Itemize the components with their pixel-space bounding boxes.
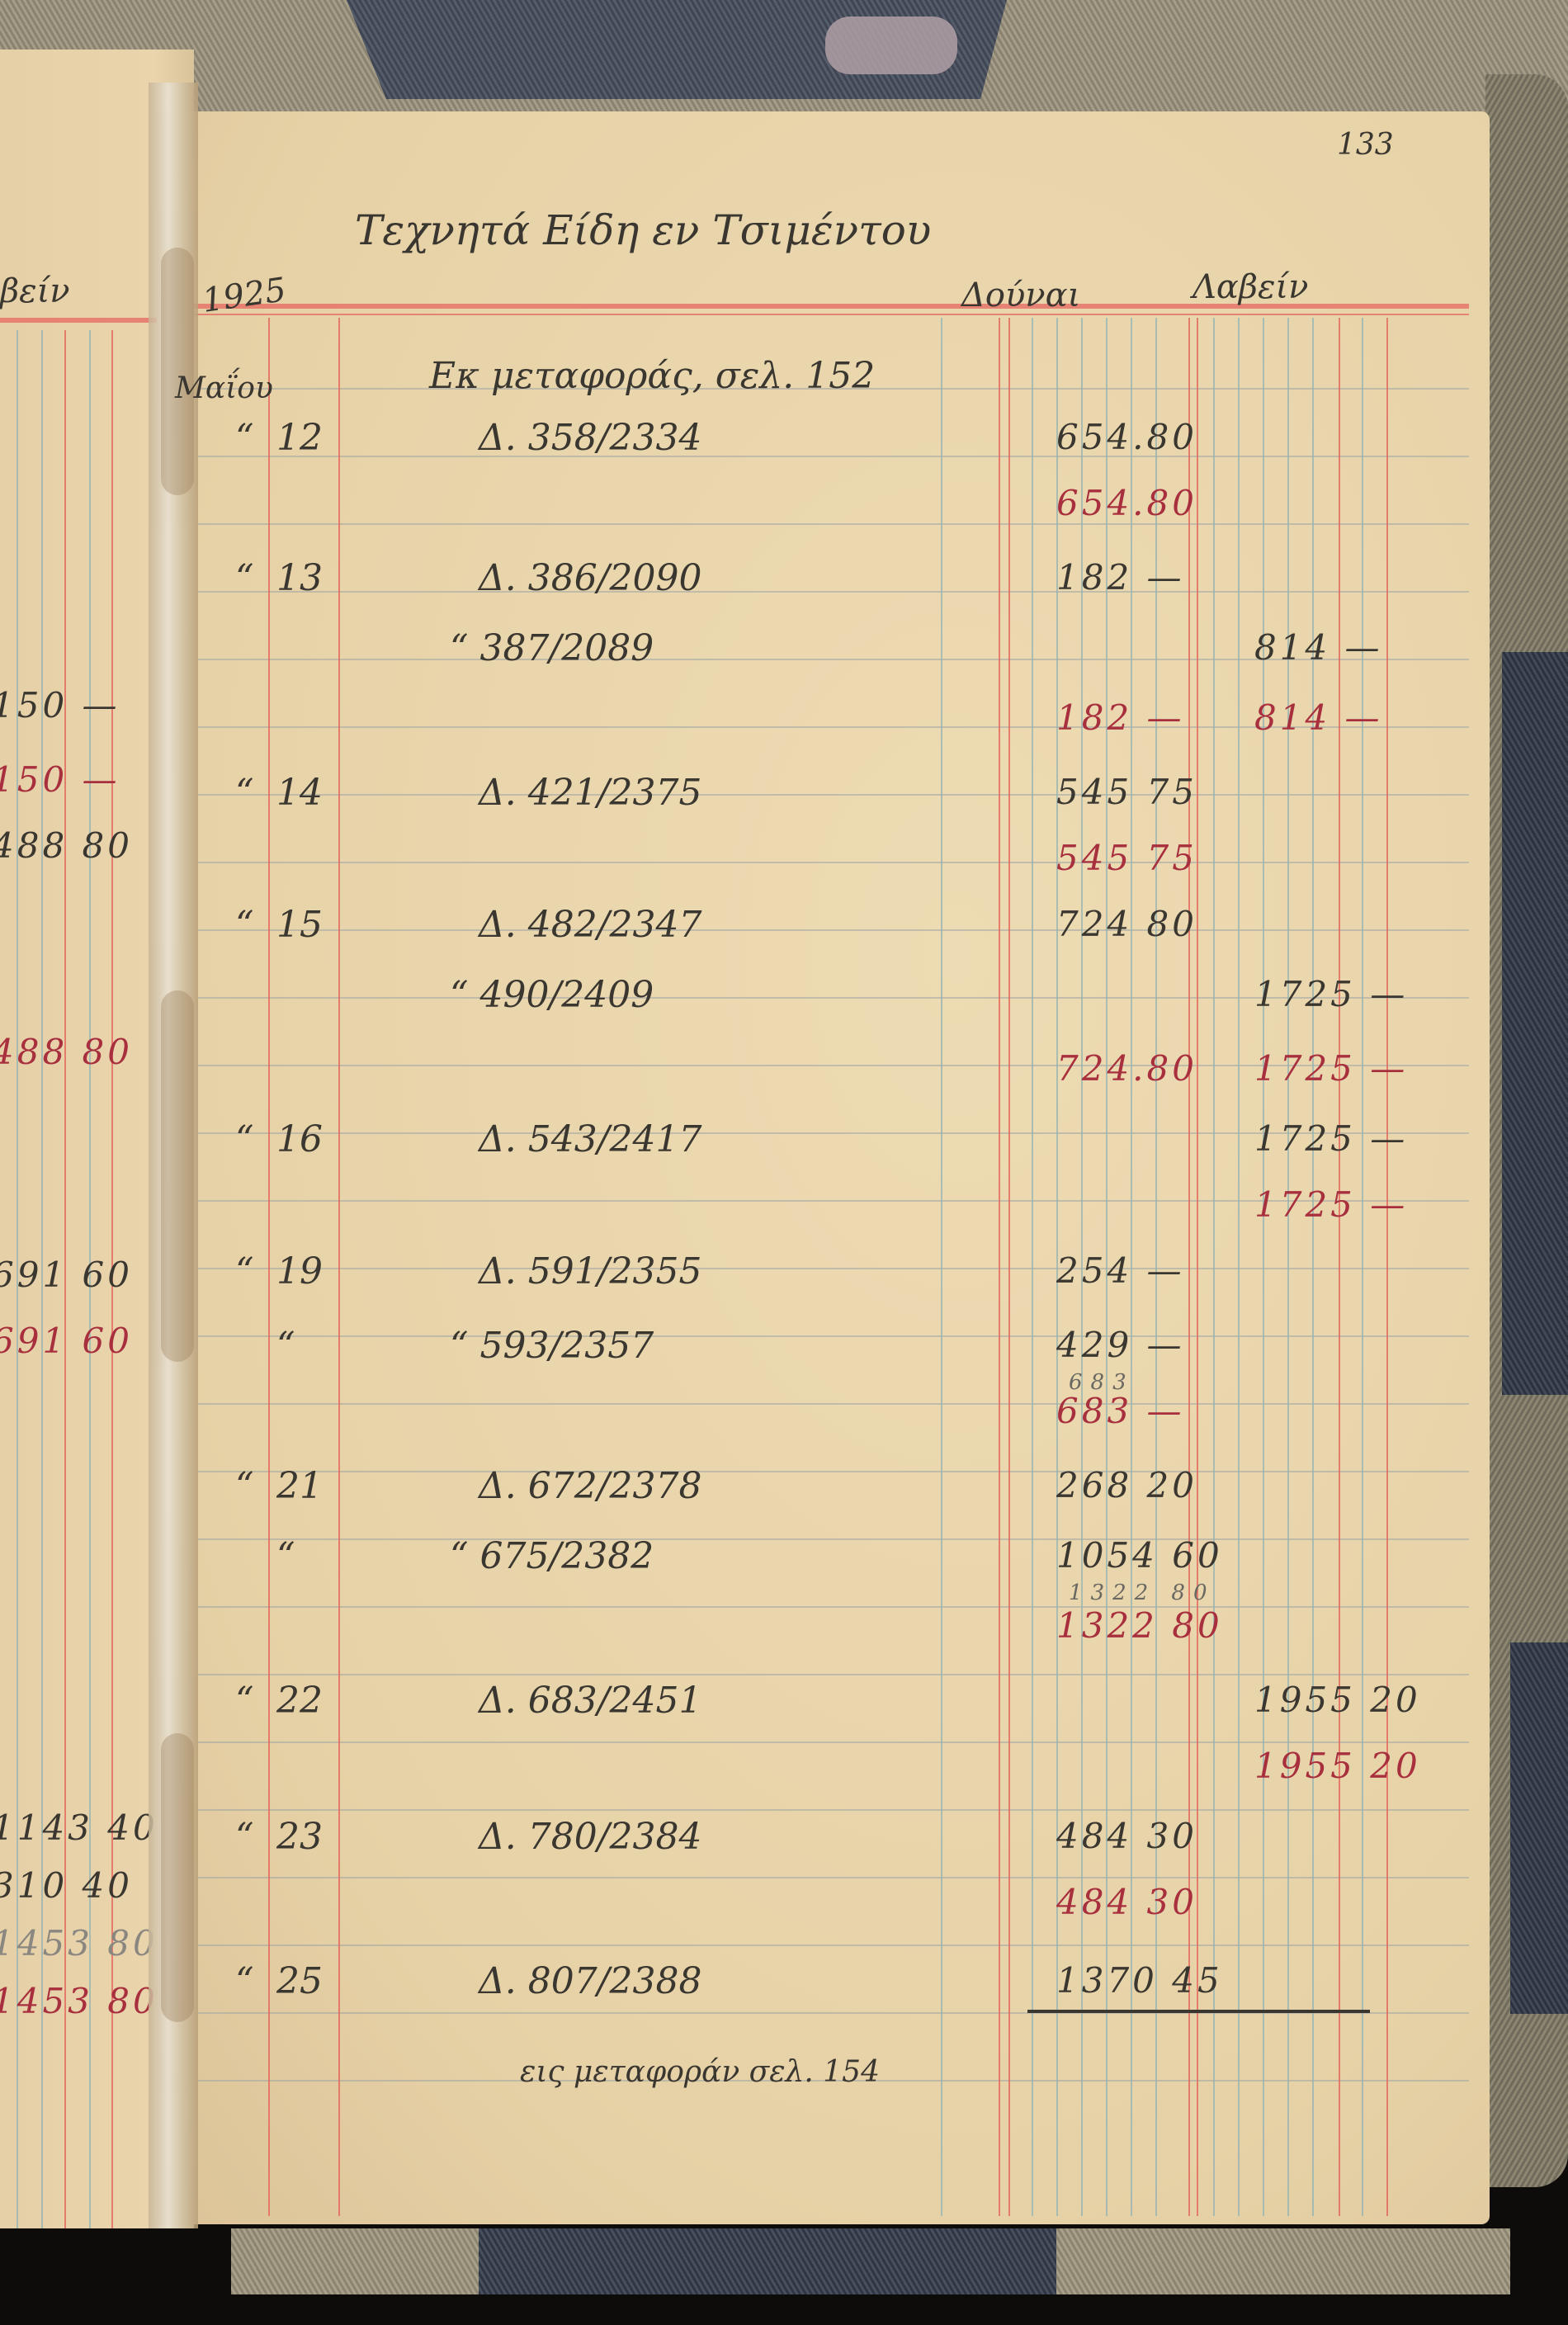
carried-forward-label: Εκ μεταφοράς, σελ. 152	[429, 355, 875, 397]
entry-description: Δ. 807/2388	[479, 1960, 702, 2002]
left-header-fragment: βείν	[0, 272, 70, 310]
month-label: Μαΐου	[175, 371, 273, 405]
debit-amount: 1322 80	[1056, 1605, 1223, 1646]
entry-day: 19	[276, 1250, 323, 1292]
debit-amount: 182 —	[1056, 557, 1185, 598]
debit-amount: 182 —	[1056, 697, 1185, 738]
credit-amount: 1725 —	[1254, 1118, 1408, 1159]
debit-amount: 484 30	[1056, 1816, 1197, 1856]
entry-day: 21	[276, 1465, 323, 1507]
credit-amount: 814 —	[1254, 627, 1383, 668]
entry-day: “	[276, 1535, 295, 1577]
left-amount: 150 —	[0, 759, 120, 800]
credit-amount: 1955 20	[1254, 1680, 1421, 1720]
entry-description: “ 675/2382	[450, 1535, 654, 1577]
debit-amount: 683 —	[1056, 1391, 1185, 1431]
left-amount: 691 60	[0, 1255, 133, 1295]
debit-amount: 724 80	[1056, 904, 1197, 944]
entry-day: “	[276, 1325, 295, 1367]
entry-day: 16	[276, 1118, 323, 1160]
entry-description: Δ. 683/2451	[479, 1680, 702, 1722]
book-cover-bottom	[231, 2228, 1510, 2294]
account-title: Τεχνητά Είδη εν Τσιμέντου	[355, 206, 931, 254]
debit-amount: 254 —	[1056, 1250, 1185, 1291]
ditto-mark: “	[235, 1816, 254, 1858]
credit-amount: 1725 —	[1254, 974, 1408, 1014]
left-amount: 1453 80	[0, 1981, 158, 2021]
debit-amount: 654.80	[1056, 483, 1197, 523]
book-cover-right	[1485, 74, 1568, 2187]
ditto-mark: “	[235, 1680, 254, 1722]
entry-description: Δ. 421/2375	[479, 772, 702, 814]
debit-amount: 1054 60	[1056, 1535, 1223, 1576]
left-amount: 488 80	[0, 825, 133, 866]
entry-day: 13	[276, 557, 323, 599]
credit-column-header: Λαβείν	[1193, 268, 1309, 306]
entry-description: Δ. 780/2384	[479, 1816, 702, 1858]
page-number: 133	[1337, 128, 1394, 162]
left-amount: 150 —	[0, 685, 120, 725]
ditto-mark: “	[235, 417, 254, 459]
left-amount: 488 80	[0, 1032, 133, 1072]
ditto-mark: “	[235, 1960, 254, 2002]
ditto-mark: “	[235, 904, 254, 946]
ditto-mark: “	[235, 1250, 254, 1292]
left-amount: 1453 80	[0, 1923, 158, 1963]
entry-day: 15	[276, 904, 323, 946]
book-cover-top	[0, 0, 1568, 124]
debit-column-header: Δούναι	[961, 276, 1080, 314]
entry-description: Δ. 386/2090	[479, 557, 702, 599]
ditto-mark: “	[235, 557, 254, 599]
debit-amount: 1370 45	[1056, 1960, 1223, 2001]
entry-description: Δ. 543/2417	[479, 1118, 702, 1160]
entry-description: Δ. 358/2334	[479, 417, 702, 459]
debit-amount: 545 75	[1056, 772, 1197, 812]
carried-to-label: εις μεταφοράν σελ. 154	[520, 2055, 880, 2089]
total-underline	[1027, 2010, 1370, 2013]
entry-day: 22	[276, 1680, 323, 1722]
debit-amount: 484 30	[1056, 1882, 1197, 1922]
debit-amount: 724.80	[1056, 1048, 1197, 1089]
ledger-page	[157, 111, 1490, 2224]
ditto-mark: “	[235, 772, 254, 814]
credit-amount: 1725 —	[1254, 1048, 1408, 1089]
credit-amount: 1955 20	[1254, 1746, 1421, 1786]
credit-amount: 814 —	[1254, 697, 1383, 738]
entry-day: 25	[276, 1960, 323, 2002]
left-amount: 1143 40	[0, 1808, 158, 1848]
entry-description: “ 490/2409	[450, 974, 654, 1016]
left-amount: 691 60	[0, 1321, 133, 1361]
entry-day: 14	[276, 772, 323, 814]
debit-amount: 429 —	[1056, 1325, 1185, 1365]
debit-amount: 545 75	[1056, 838, 1197, 878]
entry-day: 12	[276, 417, 323, 459]
entry-description: Δ. 591/2355	[479, 1250, 702, 1292]
entry-description: Δ. 672/2378	[479, 1465, 702, 1507]
entry-description: Δ. 482/2347	[479, 904, 702, 946]
ditto-mark: “	[235, 1465, 254, 1507]
entry-description: “ 387/2089	[450, 627, 654, 669]
left-amount: 310 40	[0, 1865, 133, 1906]
debit-amount: 268 20	[1056, 1465, 1197, 1505]
ditto-mark: “	[235, 1118, 254, 1160]
pencil-note: 1322 80	[1069, 1581, 1216, 1605]
credit-amount: 1725 —	[1254, 1184, 1408, 1225]
debit-amount: 654.80	[1056, 417, 1197, 457]
entry-day: 23	[276, 1816, 323, 1858]
entry-description: “ 593/2357	[450, 1325, 654, 1367]
